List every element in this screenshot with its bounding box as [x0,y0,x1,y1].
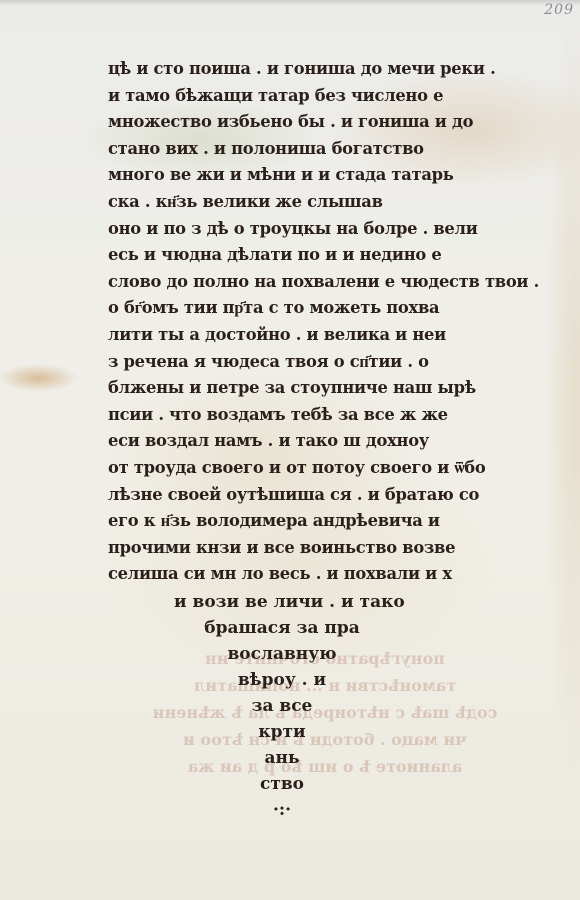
colophon-line: вѣроу . и [0,667,572,693]
manuscript-page: 209 понугѣратио сточните ин тамонѣстви н… [0,0,580,900]
folio-number: 209 [544,2,574,18]
text-line: его к н҃зь володимера андрѣевича и [108,508,540,535]
text-line: блжены и петре за стоупниче наш ырѣ [108,375,540,402]
text-line: прочими кнзи и все воиньство возве [108,535,540,562]
colophon-block: и вози ве личи . и тако брашася за пра в… [0,603,580,823]
text-line: и вози ве личи . и тако [174,589,405,615]
colophon-line: брашася за пра [0,615,572,641]
colophon-line: ство [0,771,572,797]
text-line: стано вих . и полониша богатство [108,136,540,163]
text-line: ска . кн҃зь велики же слышав [108,189,540,216]
text-line: множество избьено бы . и гониша и до [108,109,540,136]
text-line: з речена я чюдеса твоя о сп҃тии . о [108,349,540,376]
text-line: лити ты а достойно . и велика и неи [108,322,540,349]
text-line: оно и по з дѣ о троуцкы на болре . вели [108,216,540,243]
text-line: цѣ и сто поиша . и гониша до мечи реки . [108,56,540,83]
colophon-line: вославную [0,641,572,667]
colophon-line: ань [0,745,572,771]
text-line: псии . что воздамъ тебѣ за все ж же [108,402,540,429]
main-text-block: цѣ и сто поиша . и гониша до мечи реки .… [108,56,558,588]
text-line: есь и чюдна дѣлати по и и недино е [108,242,540,269]
text-line: еси воздал намъ . и тако ш дохноу [108,428,540,455]
colophon-line: крти [0,719,572,745]
text-line: о бг҃омъ тии пр҃та с то можеть похва [108,295,540,322]
colophon-end-mark: ·:· [0,797,572,823]
page-edge-shadow [0,0,580,6]
text-line: и тамо бѣжащи татар без числено е [108,83,540,110]
colophon-line: за все [0,693,572,719]
text-line: селиша си мн ло весь . и похвали и х [108,561,540,588]
text-line: от троуда своего и от потоу своего и ѿбо [108,455,540,482]
text-line: слово до полно на похвалени е чюдеств тв… [108,269,540,296]
text-line: много ве жи и мѣни и и стада татарь [108,162,540,189]
text-line: лѣзне своей оутѣшиша ся . и братаю со [108,482,540,509]
